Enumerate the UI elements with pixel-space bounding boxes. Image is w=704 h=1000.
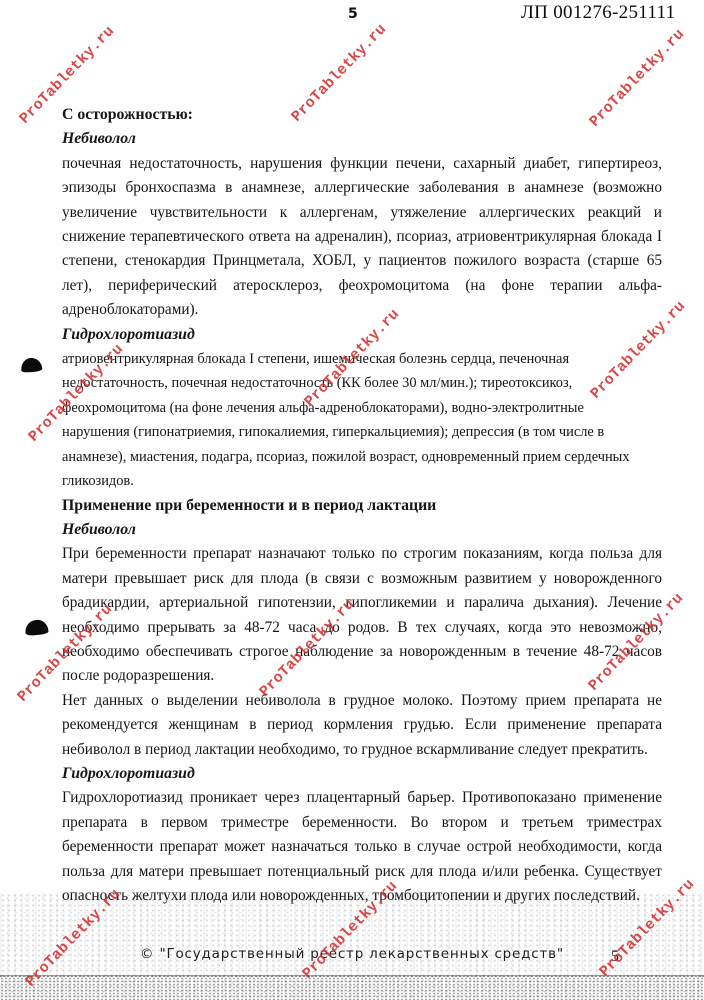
- drug-subheading: Небиволол: [62, 127, 662, 151]
- text-line: недостаточность, почечная недостаточност…: [62, 371, 662, 395]
- text-line: снижение терапевтического ответа на адре…: [62, 225, 662, 249]
- text-line: феохромоцитома (на фоне лечения альфа-ад…: [62, 396, 662, 420]
- drug-subheading: Небиволол: [62, 518, 662, 542]
- scan-noise-band: [0, 975, 704, 1000]
- text-line: беременности препарат может назначаться …: [62, 835, 662, 859]
- document-body: С осторожностью: Небиволол почечная недо…: [62, 103, 662, 908]
- text-line: лет), периферический атеросклероз, феохр…: [62, 274, 662, 298]
- paragraph: Гидрохлоротиазид проникает через плацент…: [62, 786, 662, 908]
- text-line: после родоразрешения.: [62, 664, 662, 688]
- text-line: матери превышает риск для плода (в связи…: [62, 567, 662, 591]
- text-line: нарушения (гипонатриемия, гипокалиемия, …: [62, 420, 662, 444]
- paragraph: атриовентрикулярная блокада I степени, и…: [62, 347, 662, 493]
- text-line: необходимо обеспечивать строгое наблюден…: [62, 640, 662, 664]
- paragraph: почечная недостаточность, нарушения функ…: [62, 152, 662, 323]
- text-line: степени, стенокардия Принцметала, ХОБЛ, …: [62, 249, 662, 273]
- text-line: атриовентрикулярная блокада I степени, и…: [62, 347, 662, 371]
- ink-blob: [21, 357, 43, 372]
- footer-copyright: © "Государственный реестр лекарственных …: [0, 946, 704, 962]
- section-heading: Применение при беременности и в период л…: [62, 494, 662, 518]
- registration-number: ЛП 001276-251111: [521, 2, 675, 24]
- text-line: гликозидов.: [62, 469, 662, 493]
- text-line: адреноблокаторами).: [62, 298, 662, 322]
- text-line: небиволол в период лактации необходимо, …: [62, 738, 662, 762]
- text-line: препарата в первом триместре беременност…: [62, 811, 662, 835]
- text-line: опасность желтухи плода или новорожденны…: [62, 884, 662, 908]
- paragraph: Нет данных о выделении небиволола в груд…: [62, 689, 662, 762]
- text-line: рекомендуется женщинам в период кормлени…: [62, 713, 662, 737]
- text-line: увеличение чувствительности к аллергенам…: [62, 201, 662, 225]
- text-line: эпизоды бронхоспазма в анамнезе, аллерги…: [62, 176, 662, 200]
- drug-subheading: Гидрохлоротиазид: [62, 323, 662, 347]
- text-line: При беременности препарат назначают толь…: [62, 542, 662, 566]
- page-number-footer: 5: [611, 948, 619, 966]
- text-line: Нет данных о выделении небиволола в груд…: [62, 689, 662, 713]
- section-heading: С осторожностью:: [62, 103, 662, 127]
- page-number-top: 5: [348, 6, 358, 22]
- text-line: брадикардии, артериальной гипотензии, ги…: [62, 591, 662, 615]
- text-line: Гидрохлоротиазид проникает через плацент…: [62, 786, 662, 810]
- text-line: почечная недостаточность, нарушения функ…: [62, 152, 662, 176]
- ink-blob: [24, 619, 48, 636]
- text-line: польза для матери превышает потенциальны…: [62, 860, 662, 884]
- scanned-page: 5 ЛП 001276-251111 ProTabletky.ru ProTab…: [0, 0, 704, 1000]
- text-line: необходимо прерывать за 48-72 часа до ро…: [62, 616, 662, 640]
- paragraph: При беременности препарат назначают толь…: [62, 542, 662, 688]
- text-line: анамнезе), миастения, подагра, псориаз, …: [62, 445, 662, 469]
- drug-subheading: Гидрохлоротиазид: [62, 762, 662, 786]
